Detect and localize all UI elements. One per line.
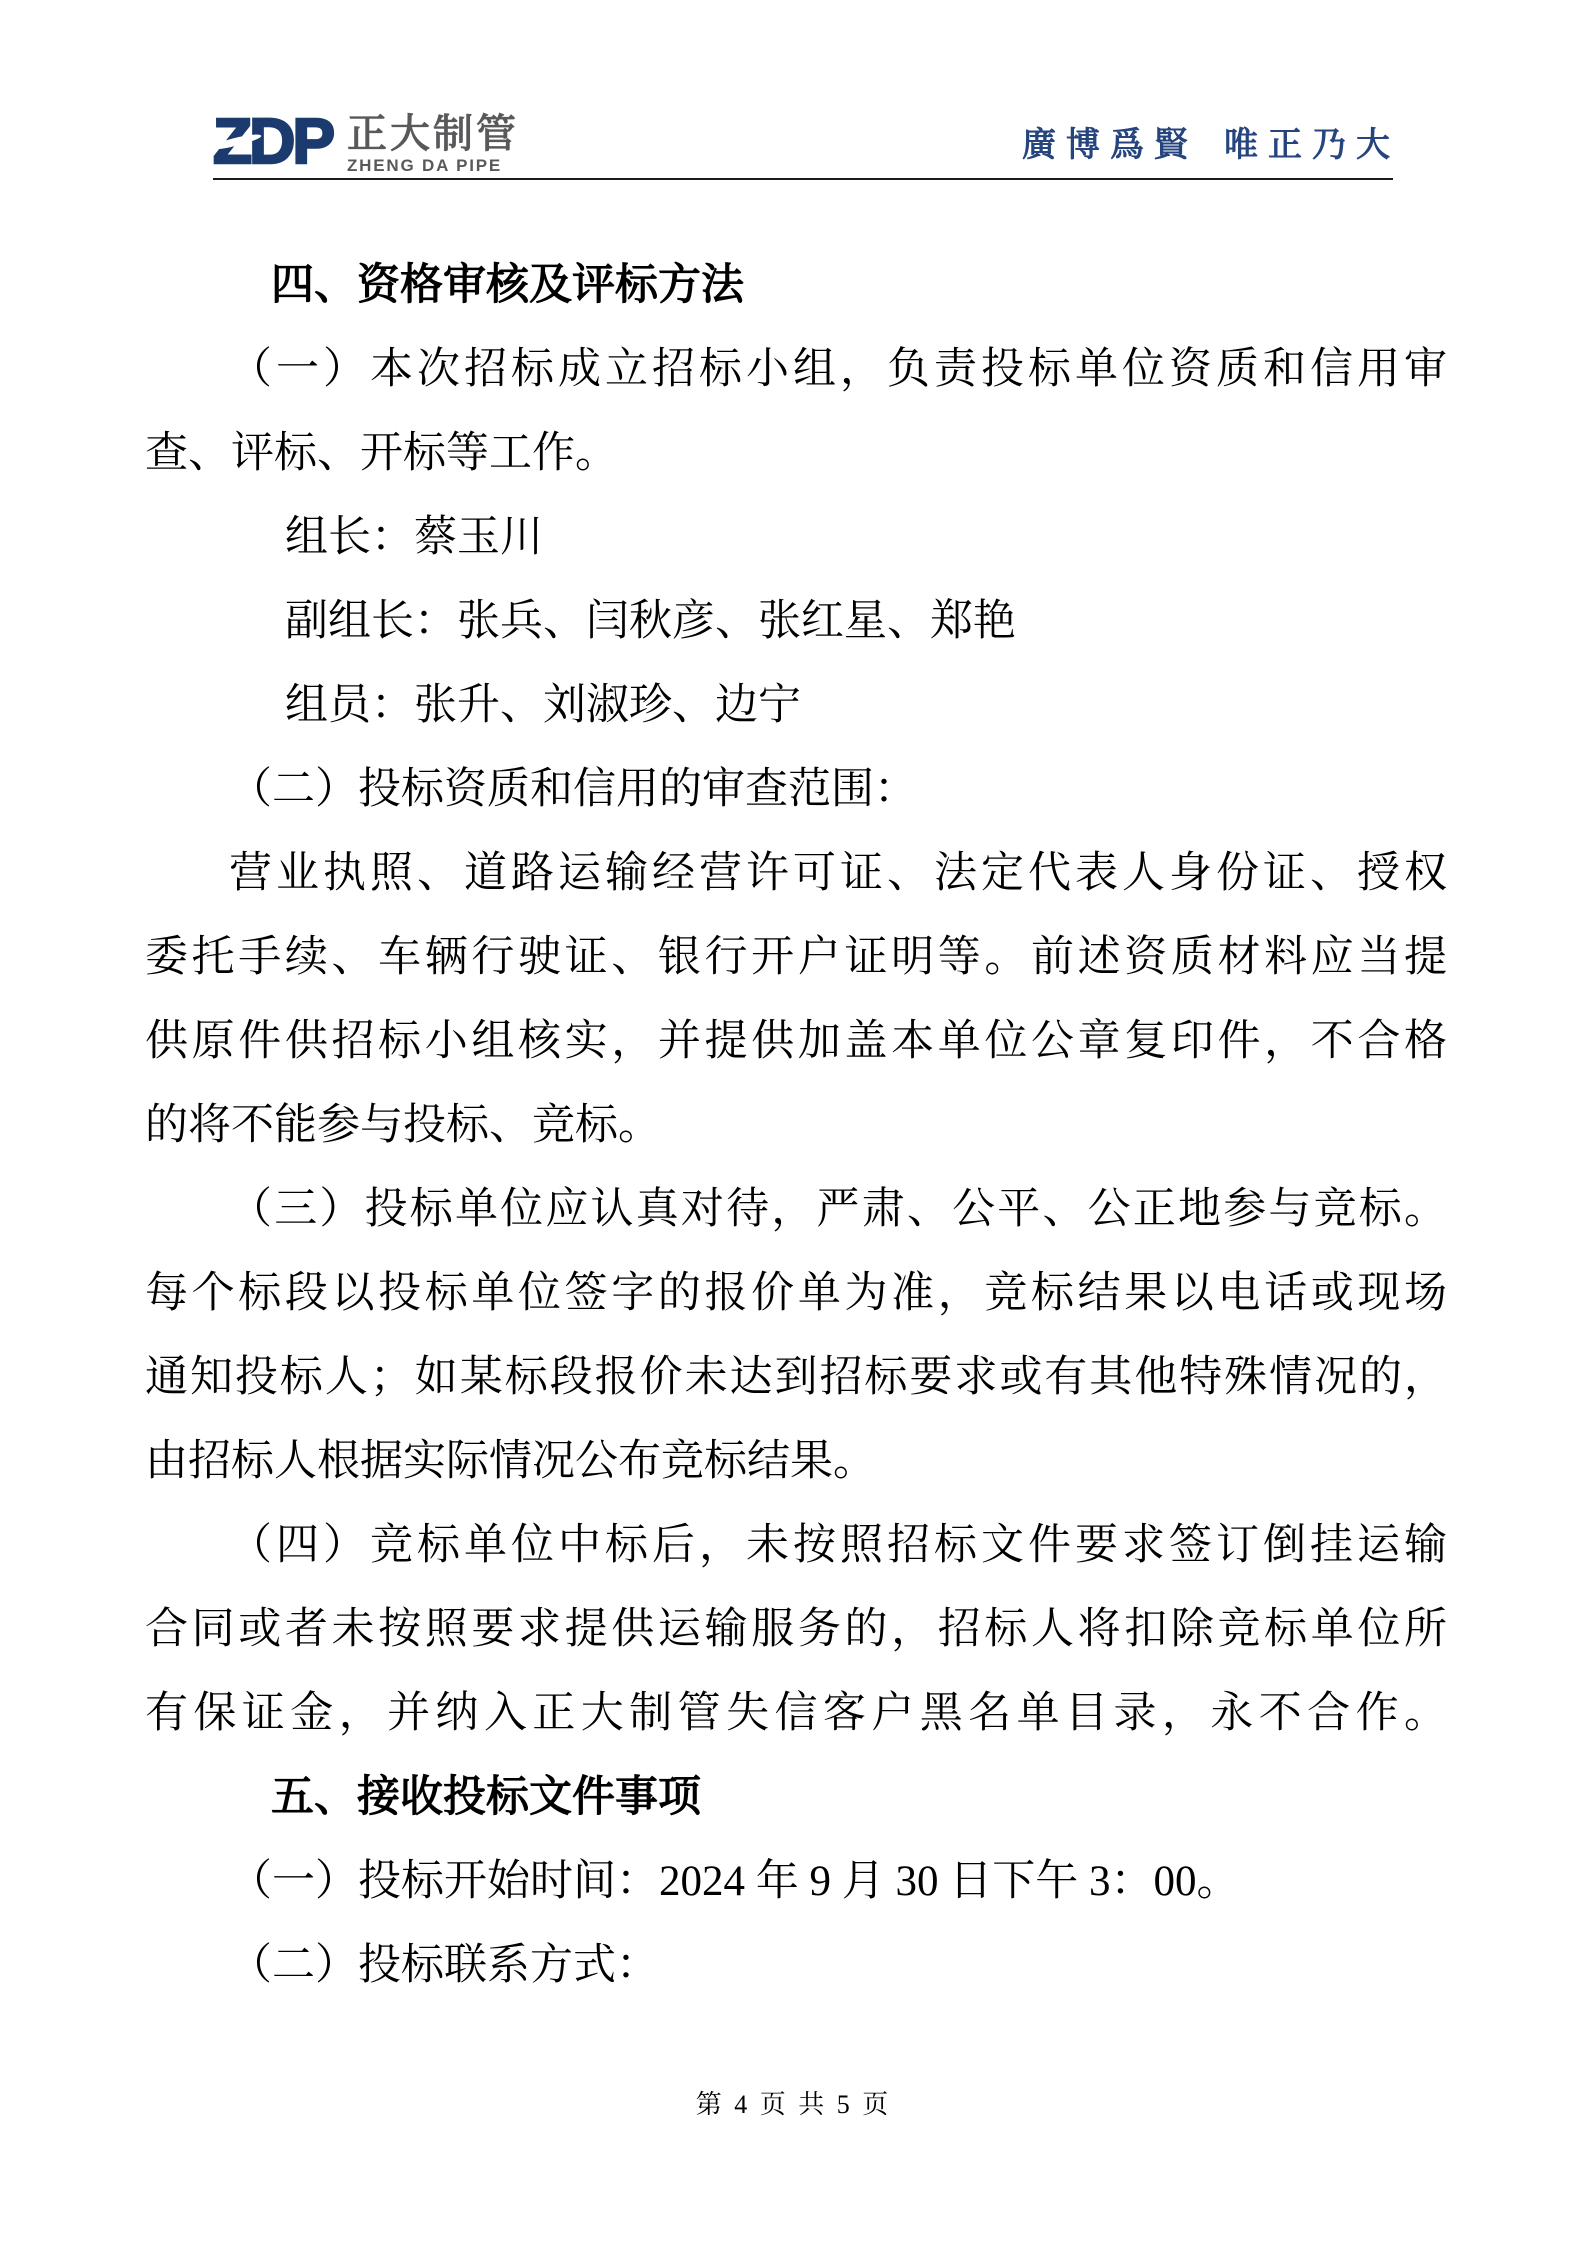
para-3-line-2: 每个标段以投标单位签字的报价单为准，竞标结果以电话或现场 — [145, 1252, 1447, 1336]
document-body: 四、资格审核及评标方法 （一）本次招标成立招标小组，负责投标单位资质和信用审 查… — [145, 244, 1447, 2008]
section-heading-5: 五、接收投标文件事项 — [145, 1756, 1447, 1840]
para-1-line-2: 查、评标、开标等工作。 — [145, 412, 1447, 496]
logo-wordmark: 正大制管 ZHENG DA PIPE — [347, 112, 519, 176]
logo-company-name-cn: 正大制管 — [347, 112, 519, 156]
bid-start-time-line: （一）投标开始时间：2024 年 9 月 30 日下午 3：00。 — [145, 1840, 1447, 1924]
company-slogan: 廣博爲賢 唯正乃大 — [1022, 126, 1400, 166]
para-3-line-3: 通知投标人；如某标段报价未达到招标要求或有其他特殊情况的， — [145, 1336, 1447, 1420]
team-leader-line: 组长：蔡玉川 — [145, 496, 1447, 580]
logo-company-name-en: ZHENG DA PIPE — [347, 156, 519, 176]
para-2-line-2: 委托手续、车辆行驶证、银行开户证明等。前述资质材料应当提 — [145, 916, 1447, 1000]
para-2-line-1: 营业执照、道路运输经营许可证、法定代表人身份证、授权 — [145, 832, 1447, 916]
para-2-line-3: 供原件供招标小组核实，并提供加盖本单位公章复印件，不合格 — [145, 1000, 1447, 1084]
para-2-line-4: 的将不能参与投标、竞标。 — [145, 1084, 1447, 1168]
bid-contact-line: （二）投标联系方式： — [145, 1924, 1447, 2008]
members-line: 组员：张升、刘淑珍、边宁 — [145, 664, 1447, 748]
para-4-line-2: 合同或者未按照要求提供运输服务的，招标人将扣除竞标单位所 — [145, 1588, 1447, 1672]
para-3-line-4: 由招标人根据实际情况公布竞标结果。 — [145, 1420, 1447, 1504]
para-2-heading: （二）投标资质和信用的审查范围： — [145, 748, 1447, 832]
para-3-line-1: （三）投标单位应认真对待，严肃、公平、公正地参与竞标。 — [145, 1168, 1447, 1252]
footer-page-number: 第 4 页 共 5 页 — [0, 2084, 1587, 2121]
para-1-line-1: （一）本次招标成立招标小组，负责投标单位资质和信用审 — [145, 328, 1447, 412]
section-heading-4: 四、资格审核及评标方法 — [145, 244, 1447, 328]
para-4-line-3: 有保证金，并纳入正大制管失信客户黑名单目录，永不合作。 — [145, 1672, 1447, 1756]
logo-mark: ZDP — [213, 108, 332, 174]
slogan-left: 廣博爲賢 — [1022, 126, 1198, 166]
document-page: ZDP 正大制管 ZHENG DA PIPE 廣博爲賢 唯正乃大 四、资格审核及… — [0, 0, 1587, 2245]
deputy-leaders-line: 副组长：张兵、闫秋彦、张红星、郑艳 — [145, 580, 1447, 664]
slogan-right: 唯正乃大 — [1224, 126, 1400, 166]
header-divider-rule — [213, 178, 1393, 180]
para-4-line-1: （四）竞标单位中标后，未按照招标文件要求签订倒挂运输 — [145, 1504, 1447, 1588]
company-logo: ZDP 正大制管 ZHENG DA PIPE — [213, 108, 519, 176]
